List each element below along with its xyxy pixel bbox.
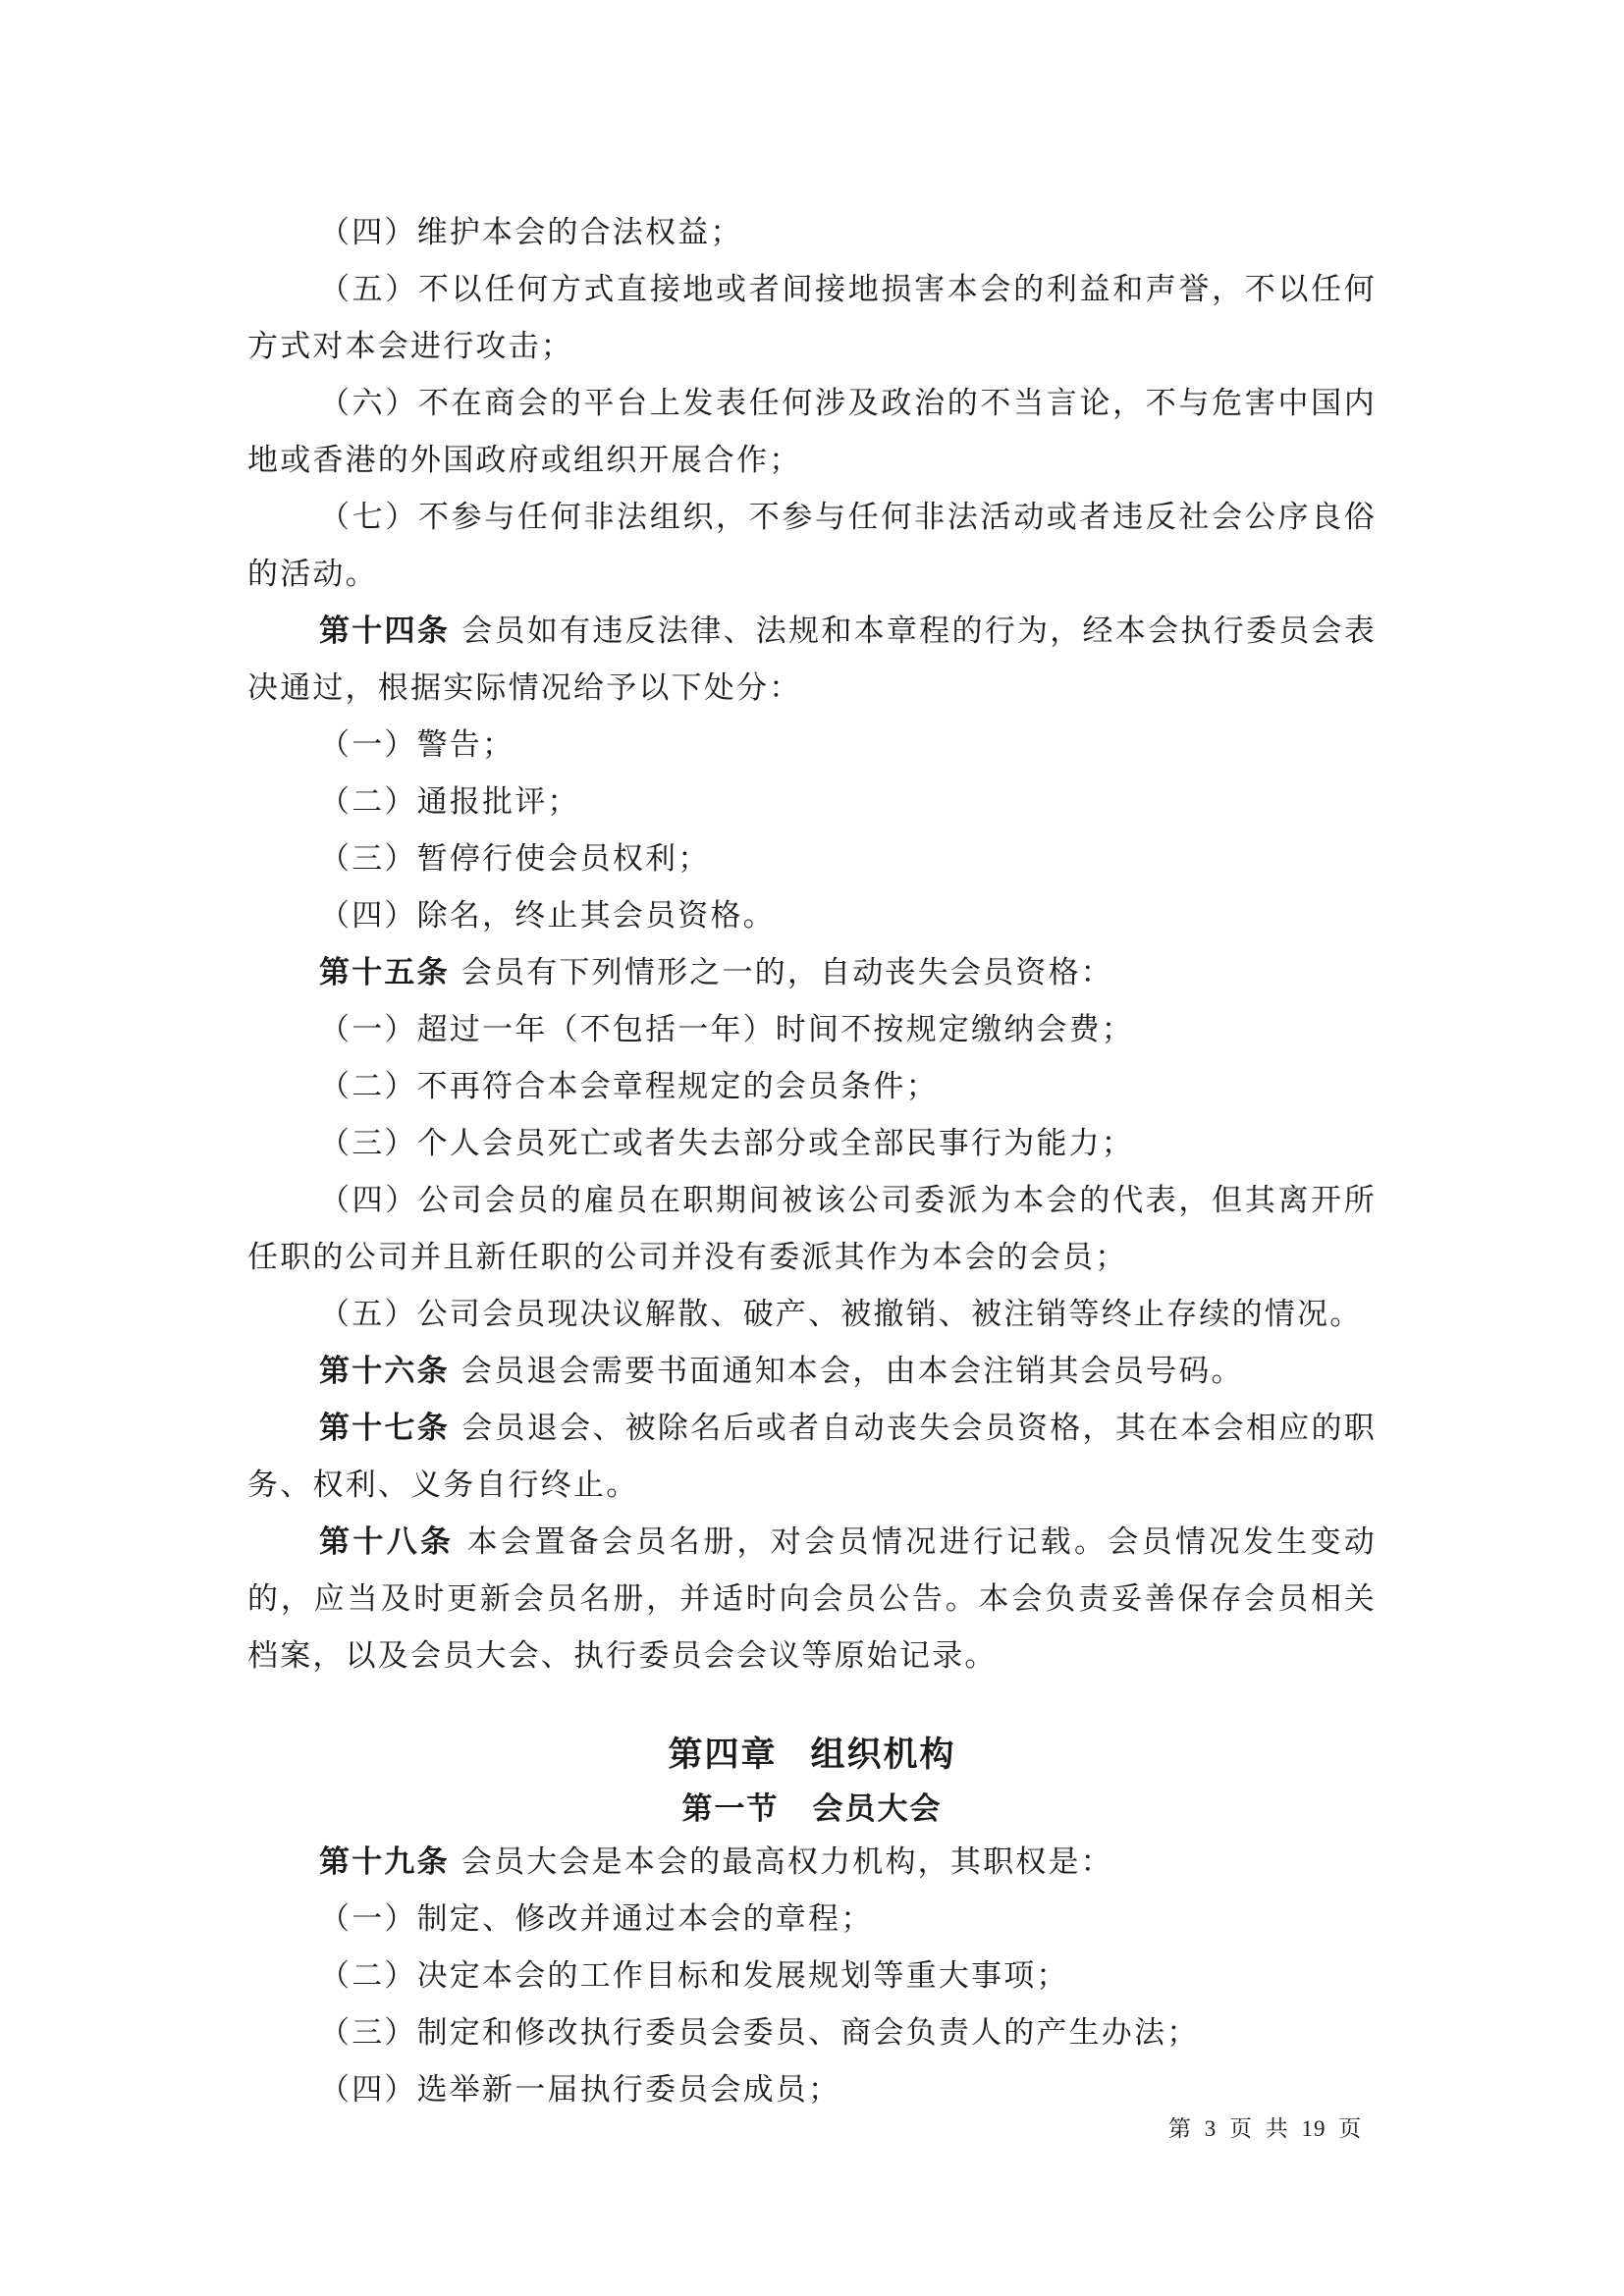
list-item: （四）公司会员的雇员在职期间被该公司委派为本会的代表，但其离开所任职的公司并且新… [247,1172,1377,1286]
article-17: 第十七条 会员退会、被除名后或者自动丧失会员资格，其在本会相应的职务、权利、义务… [247,1400,1377,1514]
chapter-number: 第四章 [668,1735,777,1775]
article-number: 第十八条 [319,1524,454,1560]
list-item: （五）公司会员现决议解散、破产、被撤销、被注销等终止存续的情况。 [247,1286,1377,1343]
article-text: 会员有下列情形之一的，自动丧失会员资格： [461,955,1113,990]
article-19: 第十九条 会员大会是本会的最高权力机构，其职权是： [247,1834,1377,1891]
list-item: （三）制定和修改执行委员会委员、商会负责人的产生办法； [247,2004,1377,2061]
section-number: 第一节 [682,1791,780,1827]
list-item: （一）超过一年（不包括一年）时间不按规定缴纳会费； [247,1001,1377,1058]
list-item: （二）决定本会的工作目标和发展规划等重大事项； [247,1948,1377,2004]
article-15: 第十五条 会员有下列情形之一的，自动丧失会员资格： [247,944,1377,1001]
article-18: 第十八条 本会置备会员名册，对会员情况进行记载。会员情况发生变动的，应当及时更新… [247,1514,1377,1684]
article-number: 第十七条 [319,1411,450,1446]
article-number: 第十九条 [319,1844,450,1880]
list-item: （三）暂停行使会员权利； [247,830,1377,887]
document-page: （四）维护本会的合法权益； （五）不以任何方式直接地或者间接地损害本会的利益和声… [247,204,1377,2118]
list-item: （一）制定、修改并通过本会的章程； [247,1891,1377,1948]
list-item: （四）除名，终止其会员资格。 [247,887,1377,944]
chapter-heading: 第四章组织机构 [247,1726,1377,1785]
item-no-harm: （五）不以任何方式直接地或者间接地损害本会的利益和声誉，不以任何方式对本会进行攻… [247,261,1377,375]
article-number: 第十四条 [319,614,450,649]
article-16: 第十六条 会员退会需要书面通知本会，由本会注销其会员号码。 [247,1343,1377,1400]
article-14: 第十四条 会员如有违反法律、法规和本章程的行为，经本会执行委员会表决通过，根据实… [247,603,1377,717]
item-no-politics: （六）不在商会的平台上发表任何涉及政治的不当言论，不与危害中国内地或香港的外国政… [247,375,1377,489]
page-number: 第 3 页 共 19 页 [1168,2110,1362,2143]
article-number: 第十六条 [319,1354,450,1389]
list-item: （二）通报批评； [247,774,1377,830]
section-heading: 第一节会员大会 [247,1785,1377,1834]
article-text: 会员大会是本会的最高权力机构，其职权是： [461,1844,1113,1880]
article-number: 第十五条 [319,955,450,990]
list-item: （二）不再符合本会章程规定的会员条件； [247,1058,1377,1115]
list-item: （一）警告； [247,717,1377,774]
chapter-title: 组织机构 [811,1735,956,1775]
item-maintain-rights: （四）维护本会的合法权益； [247,204,1377,261]
item-no-illegal: （七）不参与任何非法组织，不参与任何非法活动或者违反社会公序良俗的活动。 [247,489,1377,603]
article-text: 会员退会需要书面通知本会，由本会注销其会员号码。 [461,1354,1244,1389]
list-item: （三）个人会员死亡或者失去部分或全部民事行为能力； [247,1115,1377,1172]
section-title: 会员大会 [813,1791,943,1827]
